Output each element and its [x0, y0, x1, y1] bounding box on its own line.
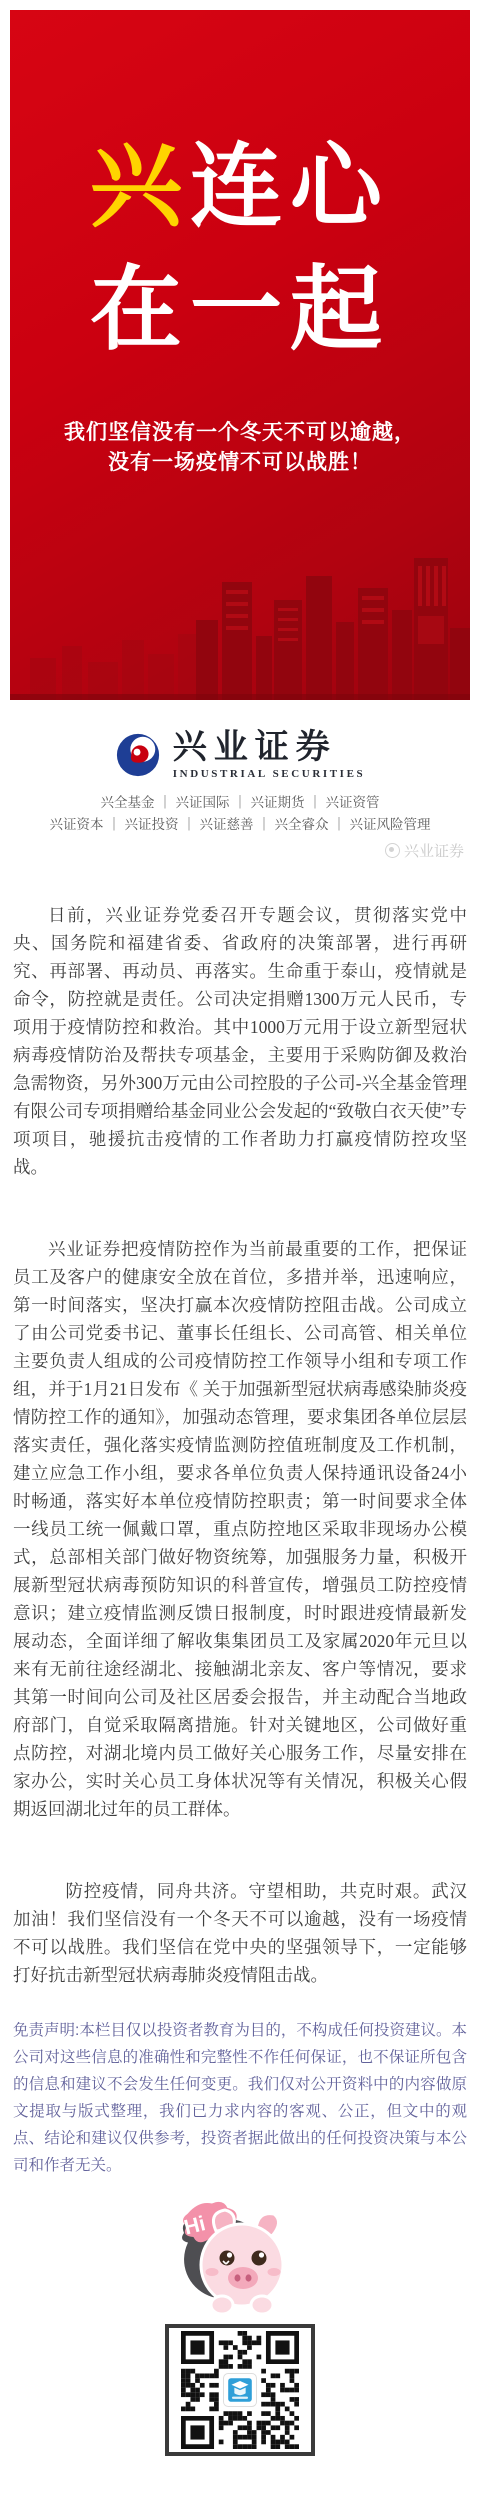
subsidiary-links-row1: 兴全基金 ｜ 兴证国际 ｜ 兴证期货 ｜ 兴证资管 — [0, 792, 480, 814]
industrial-securities-logo-icon — [115, 732, 161, 778]
watermark-logo-icon — [385, 843, 400, 858]
banner-title-highlight: 兴 — [90, 136, 190, 238]
city-skyline-illustration — [10, 550, 470, 700]
banner-slogan-line2: 没有一场疫情不可以战胜！ — [10, 448, 470, 478]
banner-slogan: 我们坚信没有一个冬天不可以逾越， 没有一场疫情不可以战胜！ — [10, 418, 470, 479]
banner-title: 兴连心 在一起 — [10, 126, 470, 373]
banner-title-line1-rest: 连心 — [190, 136, 390, 238]
paragraph-epidemic-measures: 兴业证券把疫情防控作为当前最重要的工作，把保证员工及客户的健康安全放在首位，多措… — [13, 1235, 467, 1823]
article-body: 日前，兴业证券党委召开专题会议，贯彻落实党中央、国务院和福建省委、省政府的决策部… — [0, 901, 480, 1989]
banner-title-line2: 在一起 — [10, 249, 470, 372]
brand-name-cn: 兴业证券 — [173, 730, 365, 766]
watermark-label: 兴业证券 — [404, 840, 464, 861]
subsidiary-links-row2: 兴证资本 ｜ 兴证投资 ｜ 兴证慈善 ｜ 兴全睿众 ｜ 兴证风险管理 — [0, 814, 480, 836]
brand-header: 兴业证券 INDUSTRIAL SECURITIES 兴全基金 ｜ 兴证国际 ｜… — [0, 700, 480, 861]
pig-mascot-illustration: Hi — [0, 2195, 480, 2322]
qr-center-logo-icon — [223, 2374, 256, 2407]
account-watermark: 兴业证券 — [0, 840, 480, 861]
article-page: 兴连心 在一起 我们坚信没有一个冬天不可以逾越， 没有一场疫情不可以战胜！ — [0, 0, 480, 2496]
qr-code — [165, 2324, 315, 2456]
banner-slogan-line1: 我们坚信没有一个冬天不可以逾越， — [10, 418, 470, 448]
brand-name-en: INDUSTRIAL SECURITIES — [173, 768, 365, 780]
hero-banner: 兴连心 在一起 我们坚信没有一个冬天不可以逾越， 没有一场疫情不可以战胜！ — [10, 10, 470, 700]
paragraph-closing: 防控疫情，同舟共济。守望相助，共克时艰。武汉加油！我们坚信没有一个冬天不可以逾越… — [13, 1877, 467, 1989]
banner-title-line1: 兴连心 — [10, 126, 470, 249]
disclaimer-text: 免责声明:本栏目仅以投资者教育为目的，不构成任何投资建议。本公司对这些信息的准确… — [0, 2017, 480, 2179]
paragraph-donation: 日前，兴业证券党委召开专题会议，贯彻落实党中央、国务院和福建省委、省政府的决策部… — [13, 901, 467, 1181]
